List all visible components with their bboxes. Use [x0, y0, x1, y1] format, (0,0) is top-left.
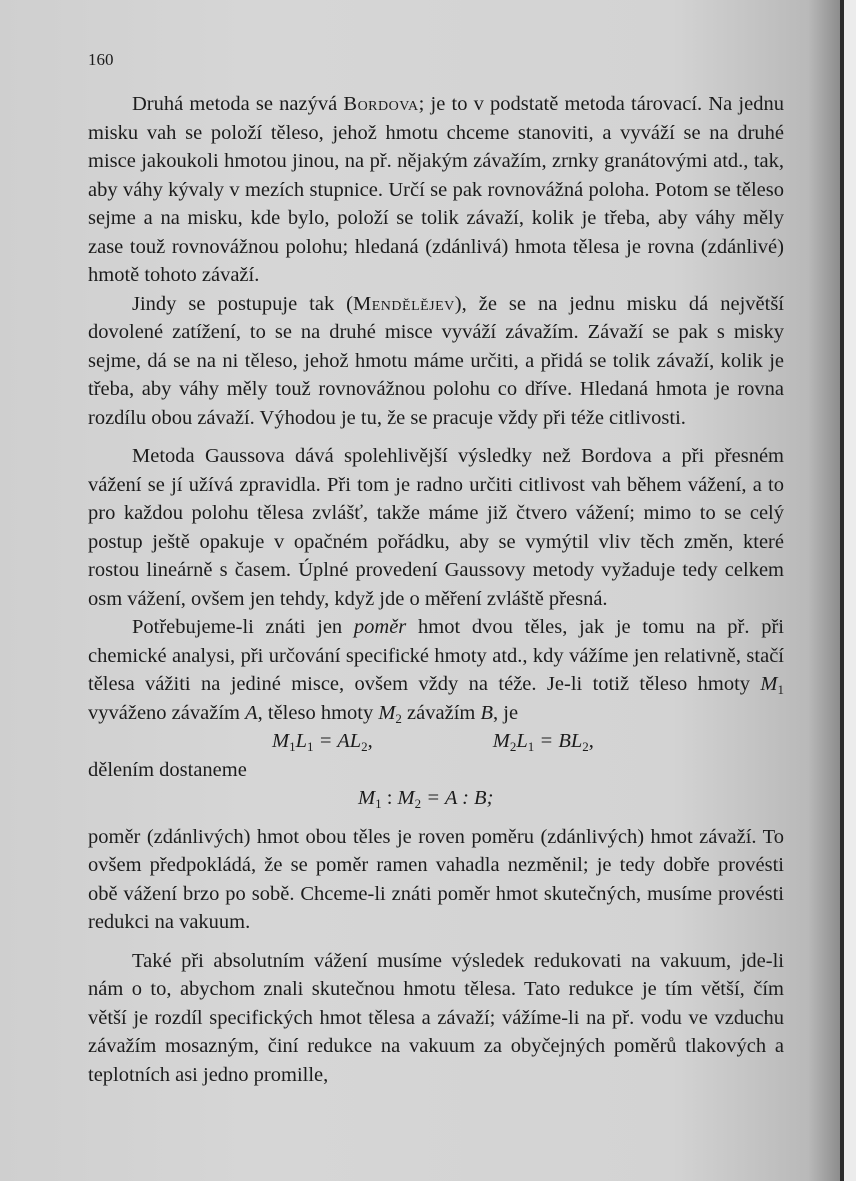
- text-run: vyváženo závažím: [88, 702, 245, 724]
- text-run: , je: [493, 702, 518, 724]
- text-run: Jindy se postupuje tak (: [132, 293, 353, 315]
- symbol-b: B: [480, 702, 493, 724]
- paragraph-ratio-conclusion: poměr (zdánlivých) hmot obou těles je ro…: [88, 823, 784, 937]
- symbol-m1: M: [760, 673, 777, 695]
- paragraph-ratio: Potřebujeme-li znáti jen poměr hmot dvou…: [88, 613, 784, 727]
- equation-left: M1L1 = AL2,: [272, 730, 373, 752]
- paragraph-mendelejev-method: Jindy se postupuje tak (Mendělějev), že …: [88, 290, 784, 433]
- equation-right: M2L1 = BL2,: [493, 730, 594, 752]
- paragraph-gap: [88, 813, 784, 823]
- paragraph-gap: [88, 432, 784, 442]
- paragraph-gap: [88, 937, 784, 947]
- page-number: 160: [88, 50, 114, 70]
- name-bordova: Bordova: [343, 93, 418, 115]
- equation-connector-text: dělením dostaneme: [88, 756, 784, 785]
- paragraph-gauss-method: Metoda Gaussova dává spolehlivější výsle…: [88, 442, 784, 613]
- paragraph-absolute-weighing: Také při absolutním vážení musíme výsled…: [88, 947, 784, 1090]
- page-margin-beyond-spine: [844, 0, 856, 1181]
- equation-balance: M1L1 = AL2,M2L1 = BL2,: [88, 727, 784, 756]
- text-run: závažím: [402, 702, 481, 724]
- text-run: Potřebujeme-li znáti jen: [132, 616, 354, 638]
- emphasis-pomer: poměr: [354, 616, 406, 638]
- text-run: , těleso hmoty: [258, 702, 379, 724]
- name-mendelejev: Mendělějev: [353, 293, 455, 315]
- symbol-m2: M: [378, 702, 395, 724]
- subscript: 1: [778, 682, 785, 697]
- equation-ratio: M1 : M2 = A : B;: [88, 784, 784, 813]
- text-run: ; je to v podstatě metoda tárovací. Na j…: [88, 93, 784, 286]
- paragraph-bordova-method: Druhá metoda se nazývá Bordova; je to v …: [88, 90, 784, 290]
- symbol-a: A: [245, 702, 258, 724]
- body-text: Druhá metoda se nazývá Bordova; je to v …: [88, 90, 784, 1089]
- text-run: Druhá metoda se nazývá: [132, 93, 343, 115]
